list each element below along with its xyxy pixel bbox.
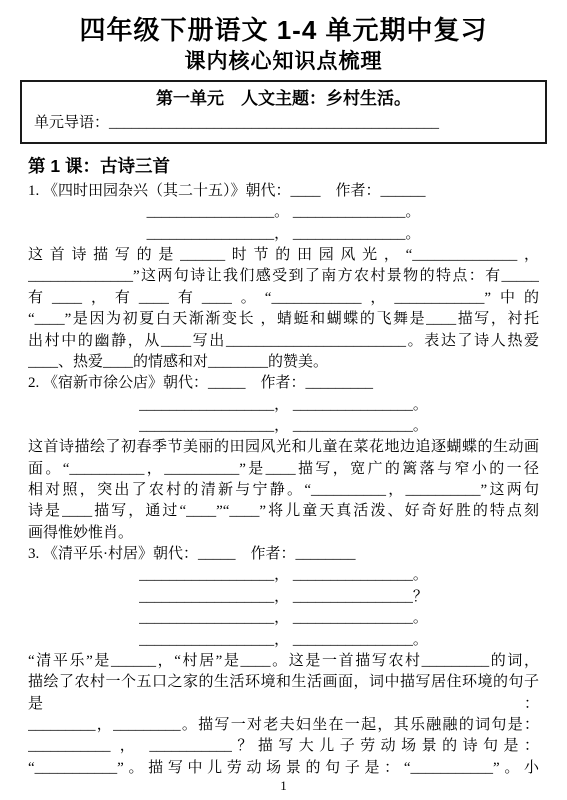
poem3-verse-line: __________________， ________________。	[28, 607, 539, 628]
poem3-analysis-line: ___________ ， ___________？描写大儿子劳动场景的诗句是：	[28, 735, 539, 756]
poem2-analysis-line: 诗是____描写，通过“____”“____”将儿童天真活泼、好奇好胜的特点刻	[28, 500, 539, 521]
poem3-verse-line: __________________， ________________。	[28, 564, 539, 585]
page-subtitle: 课内核心知识点梳理	[28, 48, 539, 74]
poem3-verse-line: __________________， ________________？	[28, 586, 539, 607]
poem3-analysis-line: 描绘了农村一个五口之家的生活环境和生活画面，词中描写居住环境的句子是：	[28, 671, 539, 714]
poem2-analysis-line: 这首诗描绘了初春季节美丽的田园风光和儿童在菜花地边追逐蝴蝶的生动画	[28, 436, 539, 457]
page-number: 1	[28, 778, 539, 794]
poem1-verse-line: _________________， _______________。	[28, 223, 539, 244]
unit-intro-blank: ________________________________________…	[109, 115, 439, 131]
poem3-intro-line: 3. 《清平乐·村居》朝代：_____ 作者：________	[28, 543, 539, 564]
worksheet-page: 四年级下册语文 1-4 单元期中复习 课内核心知识点梳理 第一单元 人文主题：乡…	[0, 0, 567, 800]
poem2-verse-line: __________________， ________________。	[28, 394, 539, 415]
poem1-analysis-line: “____”是因为初夏白天渐渐变长 ，蜻蜓和蝴蝶的飞舞是____描写，衬托	[28, 308, 539, 329]
poem2-intro-line: 2. 《宿新市徐公店》朝代：_____ 作者：_________	[28, 372, 539, 393]
poem1-intro-line: 1. 《四时田园杂兴（其二十五）》朝代：____ 作者：______	[28, 180, 539, 201]
poem3-analysis-line: “清平乐”是______，“村居”是____。这是一首描写农村_________…	[28, 650, 539, 671]
poem2-verse-line: __________________， ________________。	[28, 415, 539, 436]
poem1-analysis-line: 这首诗描写的是______时节的田园风光，“______________，	[28, 244, 539, 265]
poem3-analysis-line: “___________”。描写中儿劳动场景的句子是：“___________”…	[28, 757, 539, 778]
poem1-analysis-line: ____、热爱____的情感和对________的赞美。	[28, 351, 539, 372]
poem1-analysis-line: 出村中的幽静，从____写出________________________。表…	[28, 330, 539, 351]
unit-intro-line: 单元导语：___________________________________…	[34, 111, 533, 135]
poem1-analysis-line: ______________”这两句诗让我们感受到了南方农村景物的特点：有___…	[28, 265, 539, 286]
unit-heading: 第一单元 人文主题：乡村生活。	[34, 87, 533, 111]
lesson-heading: 第 1 课：古诗三首	[28, 154, 539, 178]
poem2-analysis-line: 相对照，突出了农村的清新与宁静。“__________，__________”这…	[28, 479, 539, 500]
page-title: 四年级下册语文 1-4 单元期中复习	[28, 14, 539, 46]
poem2-analysis-line: 面。“__________，__________”是____描写，宽广的篱落与窄…	[28, 458, 539, 479]
poem1-analysis-line: 有____，有____有____。“____________，_________…	[28, 287, 539, 308]
poem3-verse-line: __________________， ________________。	[28, 629, 539, 650]
unit-intro-label: 单元导语：	[34, 115, 109, 131]
poem1-verse-line: _________________。 _______________。	[28, 201, 539, 222]
poem3-analysis-line: _________，_________。描写一对老夫妇坐在一起，其乐融融的词句是…	[28, 714, 539, 735]
unit-summary-box: 第一单元 人文主题：乡村生活。 单元导语：___________________…	[20, 80, 547, 144]
poem2-analysis-line: 画得惟妙惟肖。	[28, 522, 539, 543]
